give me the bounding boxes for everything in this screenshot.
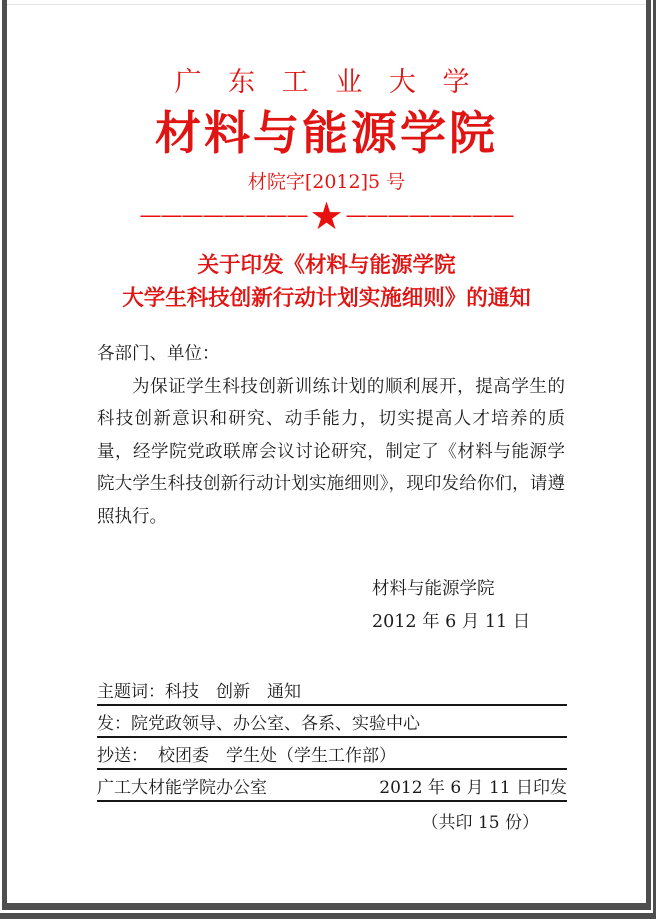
document-title-line2: 大学生科技创新行动计划实施细则》的通知	[7, 282, 646, 315]
document-title: 关于印发《材料与能源学院 大学生科技创新行动计划实施细则》的通知	[7, 249, 646, 315]
keywords-label: 主题词：	[97, 677, 165, 702]
page-top-edge	[7, 4, 646, 5]
print-date: 2012 年 6 月 11 日印发	[379, 773, 567, 798]
document-number: 材院字[2012]5 号	[7, 167, 646, 194]
cc-value: 校团委 学生处（学生工作部）	[158, 741, 396, 766]
distribution-label: 发：	[97, 709, 131, 734]
body-paragraph: 为保证学生科技创新训练计划的顺利展开，提高学生的科技创新意识和研究、动手能力，切…	[97, 371, 565, 534]
office-row: 广工大材能学院办公室 2012 年 6 月 11 日印发	[97, 770, 567, 802]
next-page-top-edge	[0, 913, 656, 919]
document-page: 广 东 工 业 大 学 材料与能源学院 材院字[2012]5 号 ———————…	[2, 0, 651, 910]
footer-table: 主题词： 科技 创新 通知 发： 院党政领导、办公室、各系、实验中心 抄送： 校…	[97, 674, 567, 838]
distribution-value: 院党政领导、办公室、各系、实验中心	[131, 709, 420, 734]
divider-dashes-left: ————————	[139, 205, 307, 227]
copies-count: （共印 15 份）	[422, 808, 539, 833]
cc-row: 抄送： 校团委 学生处（学生工作部）	[97, 738, 567, 770]
issuing-office: 广工大材能学院办公室	[97, 773, 267, 798]
keywords-value: 科技 创新 通知	[165, 677, 301, 702]
document-viewer: { "document": { "masthead": { "universit…	[0, 0, 656, 919]
document-title-line1: 关于印发《材料与能源学院	[7, 249, 646, 282]
document-body: 各部门、单位： 为保证学生科技创新训练计划的顺利展开，提高学生的科技创新意识和研…	[97, 338, 565, 533]
copies-row: （共印 15 份）	[97, 802, 567, 838]
signature-date: 2012 年 6 月 11 日	[372, 606, 530, 639]
cc-label: 抄送：	[97, 741, 148, 766]
red-divider: ———————— ★ ————————	[7, 197, 646, 235]
star-icon: ★	[309, 197, 343, 235]
salutation: 各部门、单位：	[97, 338, 565, 371]
keywords-row: 主题词： 科技 创新 通知	[97, 674, 567, 706]
university-name: 广 东 工 业 大 学	[7, 60, 646, 99]
divider-dashes-right: ————————	[346, 205, 514, 227]
signature-name: 材料与能源学院	[372, 573, 530, 606]
school-name: 材料与能源学院	[7, 97, 646, 163]
signature-block: 材料与能源学院 2012 年 6 月 11 日	[372, 573, 530, 639]
distribution-row: 发： 院党政领导、办公室、各系、实验中心	[97, 706, 567, 738]
